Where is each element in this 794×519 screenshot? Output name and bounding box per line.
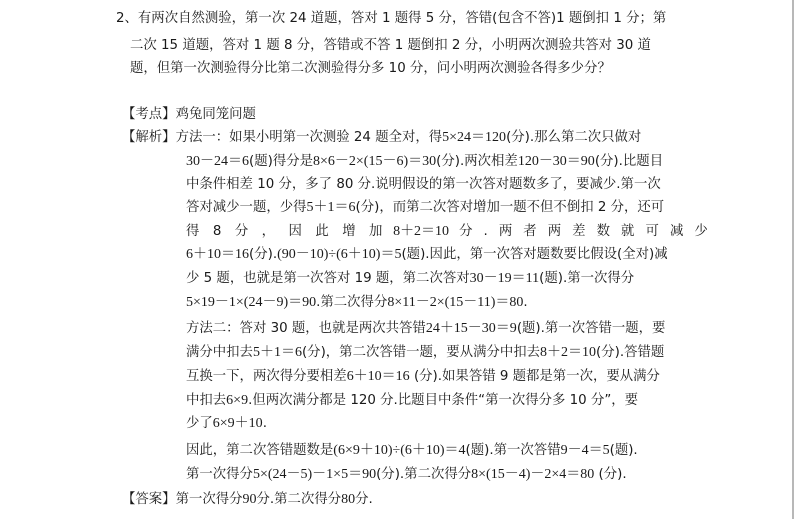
text-segment: (分)，而第二次答对增加一题不但不倒扣 2 分，还可 xyxy=(356,200,665,215)
jiexi-line-3: 中条件相差 10 分，多了 80 分.说明假设的第一次答对题数多了，要减少.第一… xyxy=(186,174,661,196)
text-segment: . xyxy=(263,416,267,431)
jiexi-line-11: 互换一下，两次得分要相差6＋10＝16 (分).如果答错 9 题都是第一次，要从… xyxy=(186,366,660,388)
math-expr: 9－4＝5 xyxy=(561,443,610,458)
math-expr: 120－30＝90 xyxy=(518,154,595,169)
math-expr: 8×(15－4)－2×4＝80 xyxy=(471,467,594,482)
jiexi-line-2: 30－24＝6(题)得分是8×6－2×(15－6)＝30(分).两次相差120－… xyxy=(186,151,663,173)
text-segment: (分)，第二次答错一题，要从满分中扣去 xyxy=(302,345,540,360)
text-segment: (题).因此，第一次答对题数要比假设(全对)减 xyxy=(401,247,667,262)
text-segment: (题).第一次答错 xyxy=(466,443,561,458)
jiexi-tag: 【解析】 xyxy=(122,130,176,145)
math-expr: (6×9＋10)÷(6＋10)＝4 xyxy=(333,443,465,458)
text-segment: 中条件相差 10 分，多了 80 分.说明假设的第一次答对题数多了，要减少.第一… xyxy=(186,177,661,192)
math-expr: 6×9 xyxy=(226,393,248,408)
daan-tag: 【答案】 xyxy=(122,492,176,507)
math-expr: 8×6－2×(15－6)＝30 xyxy=(313,154,436,169)
text-segment: 分 . 两 者 两 差 数 就 可 减 少 xyxy=(459,224,711,239)
text-segment: 分. xyxy=(355,492,373,507)
text-segment: 得 8 分 ， 因 此 增 加 xyxy=(186,224,387,239)
jiexi-line-7: 少 5 题，也就是第一次答对 19 题，第二次答对30－19＝11(题).第一次… xyxy=(186,268,634,290)
text-segment: 因此，第二次答错题数是 xyxy=(186,443,333,458)
jiexi-tag-row: 【解析】方法一：如果小明第一次测验 24 题全对，得5×24＝120(分).那么… xyxy=(122,127,641,149)
text-segment: 方法二：答对 30 题，也就是两次共答错 xyxy=(186,321,426,336)
text-segment: (题)得分是 xyxy=(249,154,313,169)
math-expr: 30－24＝6 xyxy=(186,154,249,169)
question-line-2: 二次 15 道题，答对 1 题 8 分，答错或不答 1 题倒扣 2 分，小明两次… xyxy=(130,35,651,57)
math-expr: 90 xyxy=(243,492,257,507)
text-segment: 互换一下，两次得分要相差 xyxy=(186,369,347,384)
text-segment: (分). xyxy=(594,467,626,482)
text-segment: 答对减少一题，少得 xyxy=(186,200,307,215)
math-expr: 6＋10＝16 xyxy=(186,247,249,262)
math-expr: 8＋2＝10 xyxy=(540,345,596,360)
jiexi-line-9: 方法二：答对 30 题，也就是两次共答错24＋15－30＝9(题).第一次答错一… xyxy=(186,318,665,340)
text-segment: (题).第一次答错一题，要 xyxy=(517,321,666,336)
jiexi-line-6: 6＋10＝16(分).(90－10)÷(6＋10)＝5(题).因此，第一次答对题… xyxy=(186,244,668,266)
math-expr: 6＋10＝16 xyxy=(347,369,410,384)
math-expr: 30－19＝11 xyxy=(470,271,539,286)
text-segment: (题). xyxy=(610,443,638,458)
jiexi-line-8: 5×19－1×(24－9)＝90.第二次得分8×11－2×(15－11)＝80. xyxy=(186,292,528,314)
jiexi-line-14: 因此，第二次答错题数是(6×9＋10)÷(6＋10)＝4(题).第一次答错9－4… xyxy=(186,440,638,462)
text-segment: 少 5 题，也就是第一次答对 19 题，第二次答对 xyxy=(186,271,470,286)
text-segment: 第一次得分 xyxy=(186,467,253,482)
math-expr: 8＋2＝10 xyxy=(393,224,449,239)
math-expr: 5×19－1×(24－9)＝90 xyxy=(186,295,316,310)
text-segment: 分.第二次得分 xyxy=(257,492,342,507)
kaodian-text: 鸡兔同笼问题 xyxy=(176,107,256,122)
math-expr: (90－10)÷(6＋10)＝5 xyxy=(277,247,401,262)
jiexi-line-4: 答对减少一题，少得5＋1＝6(分)，而第二次答对增加一题不但不倒扣 2 分，还可 xyxy=(186,197,664,219)
text-segment: (分).比题目 xyxy=(595,154,663,169)
text-segment: (分).答错题 xyxy=(596,345,664,360)
jiexi-line-5: 得 8 分 ， 因 此 增 加8＋2＝10分 . 两 者 两 差 数 就 可 减… xyxy=(186,221,711,243)
jiexi-line-12: 中扣去6×9.但两次满分都是 120 分.比题目中条件“第一次得分多 10 分”… xyxy=(186,390,638,412)
text-segment: . xyxy=(523,295,527,310)
math-expr: 5＋1＝6 xyxy=(253,345,302,360)
text-segment: (分).如果答错 9 题都是第一次，要从满分 xyxy=(410,369,660,384)
text-segment: 满分中扣去 xyxy=(186,345,253,360)
math-expr: 5×(24－5)－1×5＝90 xyxy=(253,467,376,482)
jiexi-line-13: 少了6×9＋10. xyxy=(186,413,267,435)
jiexi-line-1-rest: (分).那么第二次只做对 xyxy=(506,130,641,145)
math-expr: 6×9＋10 xyxy=(213,416,263,431)
text-segment: 中扣去 xyxy=(186,393,226,408)
jiexi-line-1-text: 方法一：如果小明第一次测验 24 题全对，得 xyxy=(176,130,443,145)
text-segment: .第二次得分 xyxy=(316,295,387,310)
question-line-3: 题，但第一次测验得分比第二次测验得分多 10 分，问小明两次测验各得多少分？ xyxy=(130,58,611,80)
daan-row: 【答案】第一次得分90分.第二次得分80分. xyxy=(122,489,373,511)
text-segment: 少了 xyxy=(186,416,213,431)
jiexi-line-1-math: 5×24＝120 xyxy=(442,130,506,145)
question-line-1: 2、有两次自然测验，第一次 24 道题，答对 1 题得 5 分，答错(包含不答)… xyxy=(116,8,666,30)
text-segment: 第一次得分 xyxy=(176,492,243,507)
kaodian-tag: 【考点】 xyxy=(122,107,176,122)
kaodian-row: 【考点】鸡兔同笼问题 xyxy=(122,104,256,126)
math-expr: 24＋15－30＝9 xyxy=(426,321,517,336)
text-segment: (分).第二次得分 xyxy=(376,467,471,482)
text-segment: .但两次满分都是 120 分.比题目中条件“第一次得分多 10 分”，要 xyxy=(248,393,638,408)
math-expr: 80 xyxy=(341,492,355,507)
jiexi-line-15: 第一次得分5×(24－5)－1×5＝90(分).第二次得分8×(15－4)－2×… xyxy=(186,464,627,486)
jiexi-line-10: 满分中扣去5＋1＝6(分)，第二次答错一题，要从满分中扣去8＋2＝10(分).答… xyxy=(186,342,664,364)
text-segment: (题).第一次得分 xyxy=(539,271,634,286)
math-expr: 8×11－2×(15－11)＝80 xyxy=(387,295,523,310)
text-segment: (分). xyxy=(249,247,277,262)
text-segment: (分).两次相差 xyxy=(436,154,518,169)
math-expr: 5＋1＝6 xyxy=(307,200,356,215)
